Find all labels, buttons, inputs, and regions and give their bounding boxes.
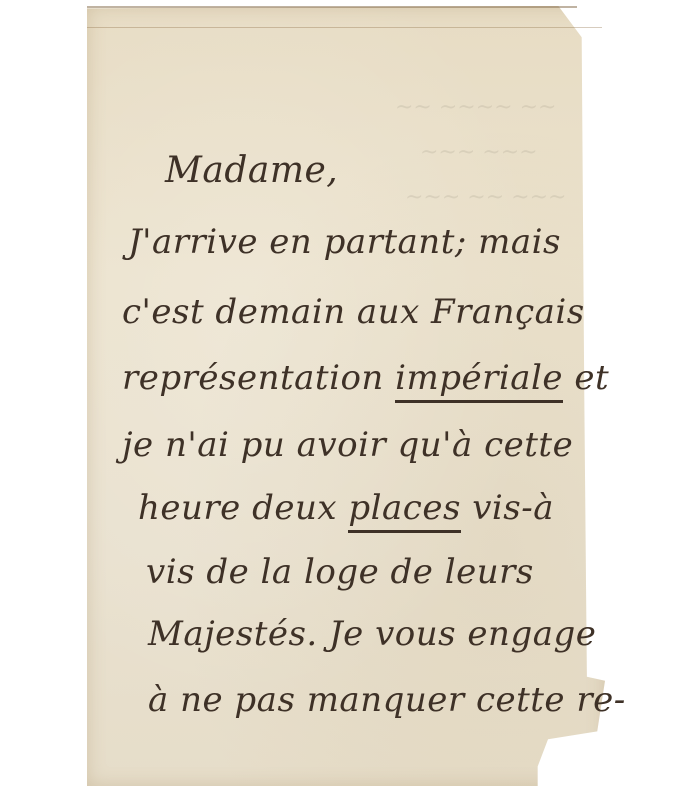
letter-line-6: vis de la loge de leurs: [146, 552, 534, 592]
line-3-part-b: et: [563, 358, 609, 398]
letter-line-1: J'arrive en partant; mais: [128, 222, 561, 262]
letter-body: Madame, J'arrive en partant; mais c'est …: [0, 0, 700, 800]
letter-line-8: à ne pas manquer cette re-: [148, 680, 626, 720]
underlined-word-imperiale: impériale: [395, 358, 563, 403]
letter-line-3: représentation impériale et: [122, 358, 609, 398]
line-5-part-b: vis-à: [461, 488, 554, 528]
letter-line-2: c'est demain aux Français: [122, 292, 585, 332]
letter-line-5: heure deux places vis-à: [138, 488, 554, 528]
line-5-part-a: heure deux: [138, 488, 348, 528]
letter-line-4: je n'ai pu avoir qu'à cette: [122, 425, 573, 465]
underlined-word-places: places: [348, 488, 461, 533]
line-3-part-a: représentation: [122, 358, 395, 398]
salutation: Madame,: [165, 150, 338, 191]
letter-line-7: Majestés. Je vous engage: [148, 614, 596, 654]
